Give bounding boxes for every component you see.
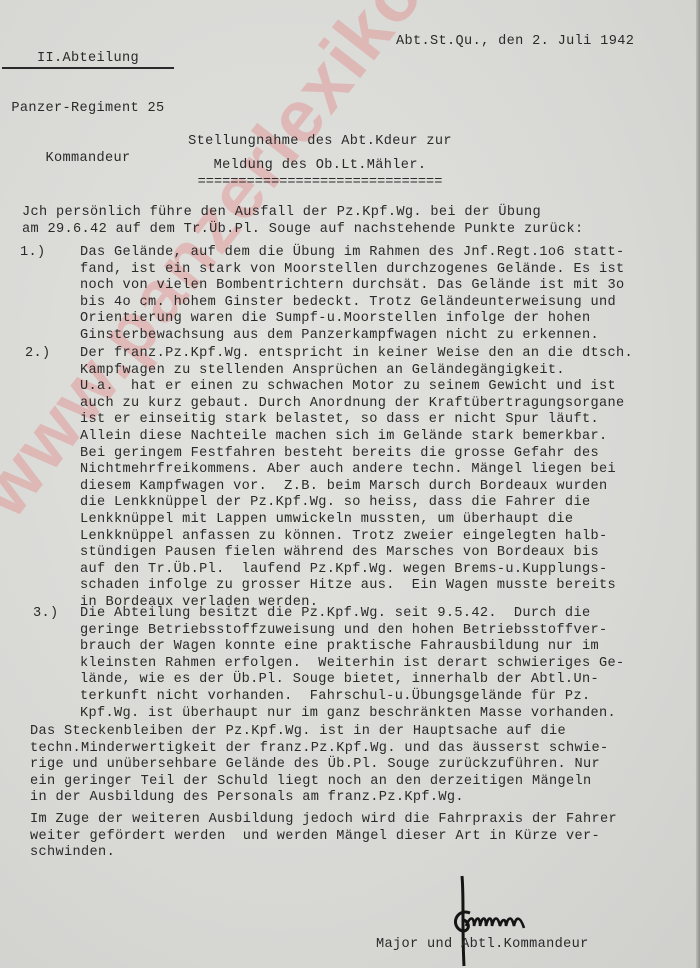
document-page: www.panzerlexikon.org II.Abteilung Panze… [0, 0, 700, 968]
document-title: Stellungnahme des Abt.Kdeur zur [0, 134, 640, 151]
point-text: Die Abteilung besitzt die Pz.Kpf.Wg. sei… [80, 606, 624, 722]
document-subtitle: Meldung des Ob.Lt.Mähler. [0, 158, 640, 175]
title-double-underline: ============================== [0, 175, 640, 192]
point-number: 1.) [20, 245, 46, 262]
header-underline [2, 67, 174, 69]
point-text: Das Gelände, auf dem die Übung im Rahmen… [80, 245, 624, 345]
point-text: Der franz.Pz.Kpf.Wg. entspricht in keine… [80, 346, 633, 612]
point-number: 3.) [33, 606, 59, 623]
page-edge [696, 0, 700, 968]
signatory-title: Major und Abtl.Kommandeur [376, 937, 589, 954]
unit-line: Panzer-Regiment 25 [0, 101, 176, 118]
place-date: Abt.St.Qu., den 2. Juli 1942 [396, 34, 634, 51]
point-number: 2.) [25, 346, 51, 363]
unit-line: II.Abteilung [0, 51, 176, 68]
conclusion-paragraph: Das Steckenbleiben der Pz.Kpf.Wg. ist in… [30, 724, 609, 807]
final-paragraph: Im Zuge der weiteren Ausbildung jedoch w… [30, 812, 617, 862]
intro-paragraph: Jch persönlich führe den Ausfall der Pz.… [22, 205, 584, 238]
